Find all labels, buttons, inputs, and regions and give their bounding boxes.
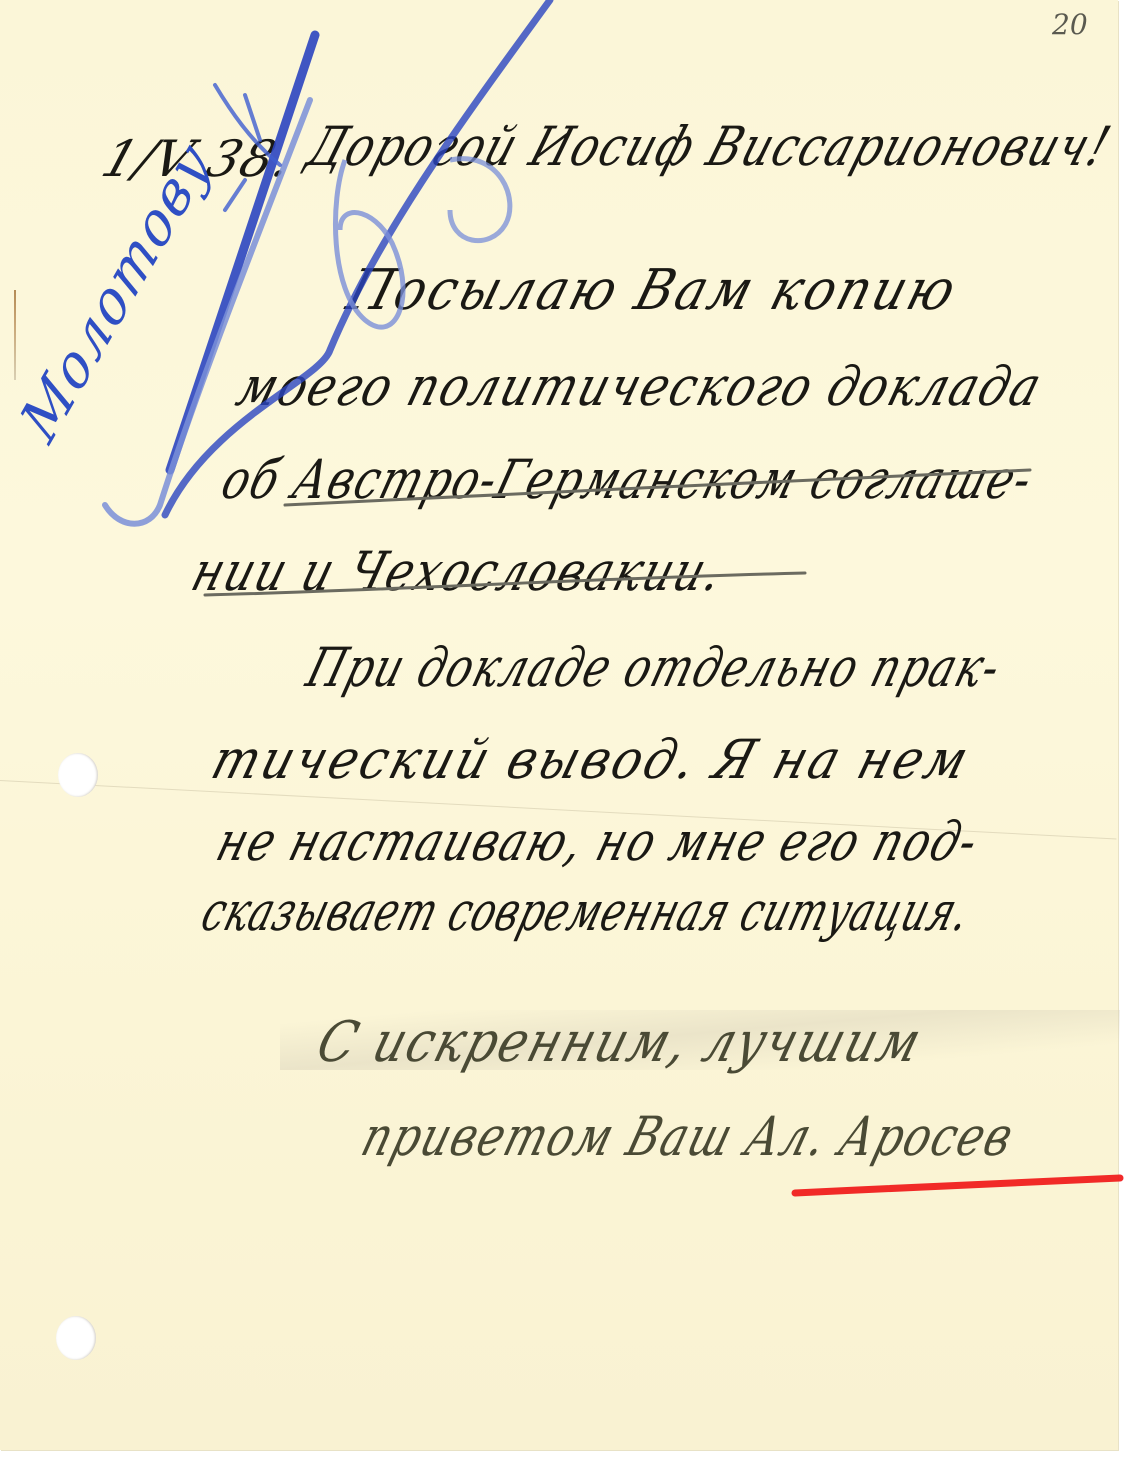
- salutation: Дорогой Иосиф Виссарионович!: [300, 115, 1119, 178]
- body-line-8: сказывает современная ситуация.: [195, 880, 978, 943]
- body-line-1: Посылаю Вам копию: [340, 258, 965, 323]
- punch-hole-top: [58, 753, 98, 797]
- body-line-7: не настаиваю, но мне его под-: [210, 810, 986, 873]
- body-line-4: нии и Чехословакии.: [185, 540, 731, 603]
- page-number: 20: [1052, 8, 1088, 41]
- staple-mark: [14, 290, 16, 380]
- punch-hole-bottom: [56, 1316, 96, 1360]
- body-line-2: моего политического доклада: [230, 355, 1050, 418]
- letter-page: 20 1/V 38. Дорогой Иосиф Виссарионович! …: [0, 0, 1118, 1450]
- signature-line: приветом Ваш Ал. Аросев: [355, 1105, 1022, 1168]
- closing-line-1: С искренним, лучшим: [310, 1010, 930, 1075]
- body-line-3: об Австро-Германском соглаше-: [215, 448, 1041, 511]
- body-line-6: тический вывод. Я на нем: [205, 728, 978, 791]
- body-line-5: При докладе отдельно прак-: [300, 636, 1009, 699]
